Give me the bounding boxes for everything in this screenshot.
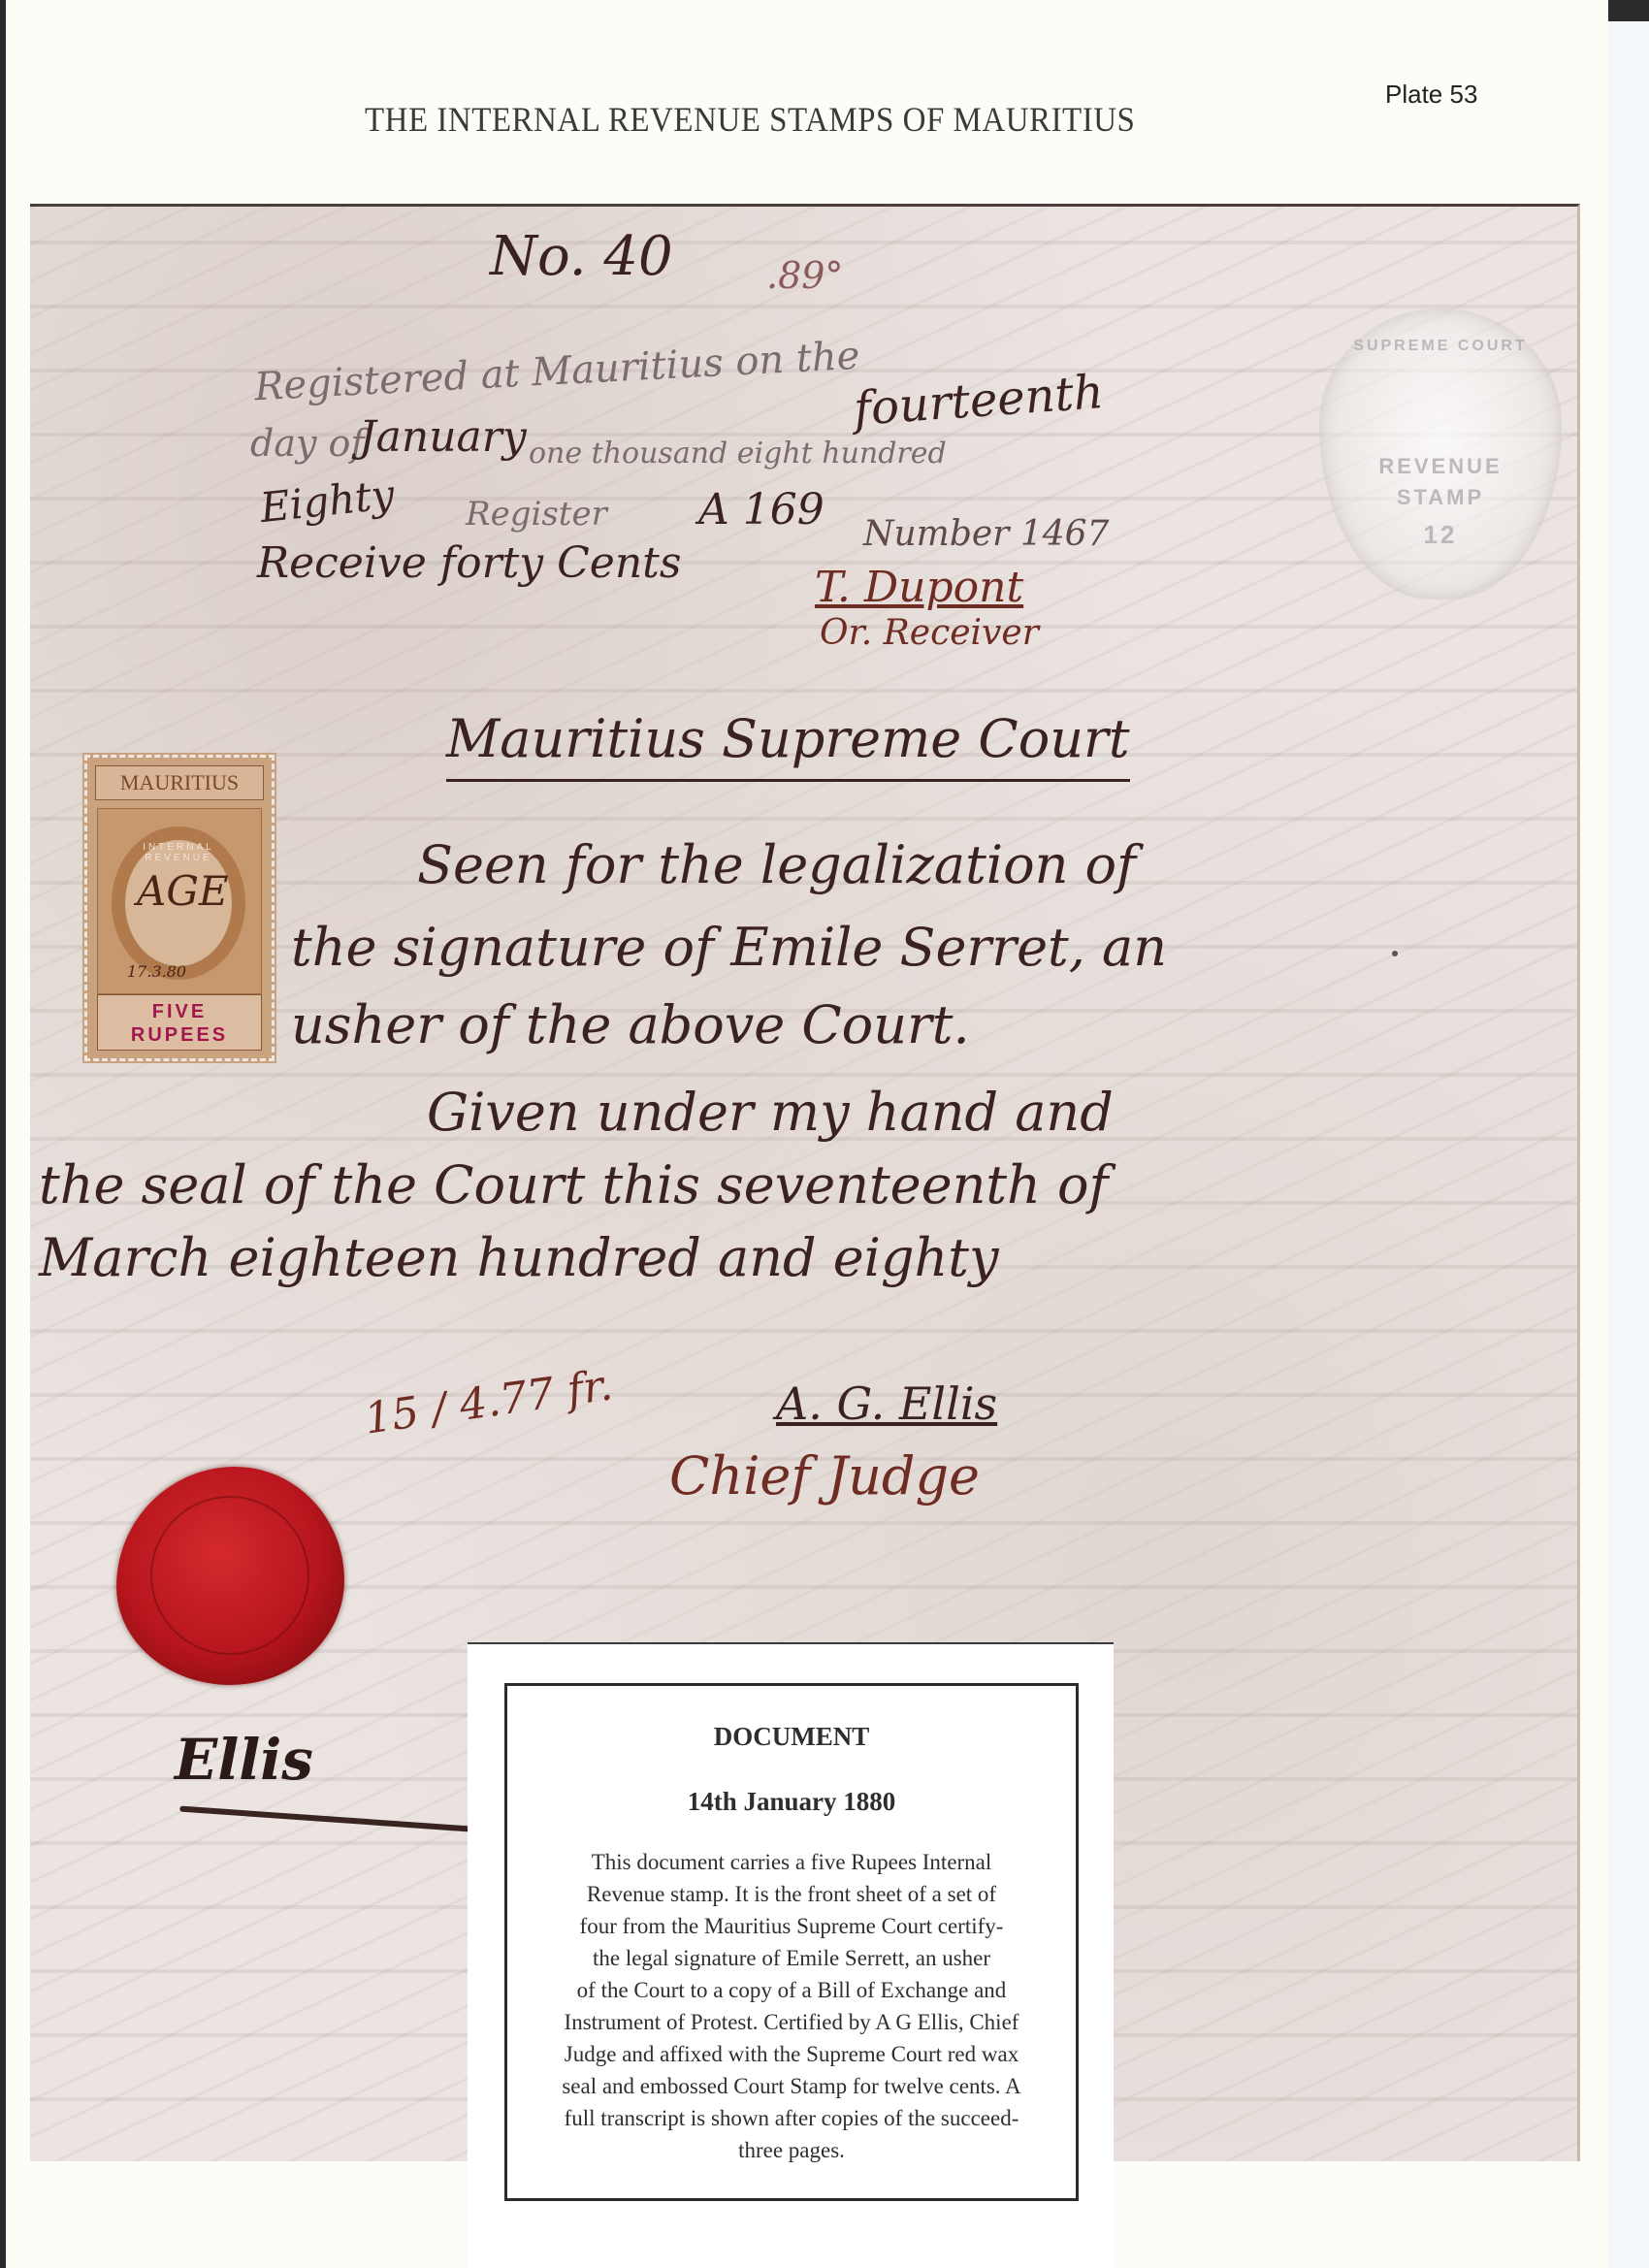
caption-line: four from the Mauritius Supreme Court ce… [517, 1910, 1066, 1942]
bottom-flourish: Ellis [175, 1727, 313, 1793]
stamp-value-line2: RUPEES [98, 1023, 261, 1047]
caption-line: Revenue stamp. It is the front sheet of … [517, 1878, 1066, 1910]
body-line-4: Given under my hand and [427, 1082, 1114, 1143]
scan-edge-right [1608, 0, 1649, 2268]
registration-printed-line3: Register [466, 495, 607, 534]
register-reference: A 169 [698, 485, 824, 535]
embossed-value: 12 [1319, 520, 1562, 550]
stamp-country: MAURITIUS [95, 765, 264, 800]
caption-line: Instrument of Protest. Certified by A G … [517, 2006, 1066, 2038]
registrar-title: Or. Receiver [820, 613, 1039, 653]
register-number: Number 1467 [863, 514, 1109, 554]
document-number: No. 40 [490, 225, 673, 288]
stamp-value: FIVE RUPEES [97, 994, 262, 1051]
caption-line: seal and embossed Court Stamp for twelve… [517, 2070, 1066, 2102]
document-number-note: .89° [766, 254, 843, 297]
registration-printed-line2b: one thousand eight hundred [529, 437, 947, 470]
revenue-stamp: MAURITIUS INTERNAL REVENUE AGE 17.3.80 F… [84, 755, 275, 1061]
stamp-ring-text: INTERNAL REVENUE [125, 842, 232, 863]
body-line-2: the signature of Emile Serret, an [291, 917, 1167, 978]
caption-line: three pages. [517, 2134, 1066, 2166]
embossed-text-low: STAMP [1319, 485, 1562, 510]
embossed-text-mid: REVENUE [1319, 454, 1562, 479]
embossed-text-top: SUPREME COURT [1319, 338, 1562, 355]
caption-line: of the Court to a copy of a Bill of Exch… [517, 1974, 1066, 2006]
body-line-5: the seal of the Court this seventeenth o… [39, 1154, 1109, 1215]
stamp-value-line1: FIVE [98, 1000, 261, 1023]
album-title: THE INTERNAL REVENUE STAMPS OF MAURITIUS [365, 101, 1135, 141]
caption-date: 14th January 1880 [507, 1787, 1076, 1817]
caption-body: This document carries a five Rupees Inte… [517, 1846, 1066, 2166]
registration-fee: Receive forty Cents [257, 538, 681, 588]
body-line-3: usher of the above Court. [291, 994, 970, 1055]
caption-heading: DOCUMENT [507, 1722, 1076, 1752]
stamp-cancel-date: 17.3.80 [127, 962, 186, 981]
stamp-vignette: INTERNAL REVENUE AGE 17.3.80 [97, 808, 262, 994]
body-line-1: Seen for the legalization of [417, 834, 1136, 895]
speck [1392, 951, 1398, 956]
registrar-signature: T. Dupont [815, 563, 1023, 612]
plate-number: Plate 53 [1385, 80, 1477, 110]
caption-line: the legal signature of Emile Serrett, an… [517, 1942, 1066, 1974]
caption-box: DOCUMENT 14th January 1880 This document… [504, 1683, 1079, 2201]
registration-month: January [359, 412, 527, 462]
judge-signature: A. G. Ellis [776, 1377, 997, 1430]
scan-edge-corner [1608, 0, 1649, 21]
wax-seal-impression [150, 1496, 309, 1655]
scan-edge-left [0, 0, 6, 2268]
stamp-cancellation: AGE [137, 867, 229, 915]
registration-printed-line2: day of [250, 422, 364, 465]
caption-line: This document carries a five Rupees Inte… [517, 1846, 1066, 1878]
body-line-6: March eighteen hundred and eighty [39, 1227, 999, 1288]
judge-title: Chief Judge [669, 1445, 980, 1507]
court-heading: Mauritius Supreme Court [446, 708, 1130, 782]
caption-line: full transcript is shown after copies of… [517, 2102, 1066, 2134]
caption-line: Judge and affixed with the Supreme Court… [517, 2038, 1066, 2070]
